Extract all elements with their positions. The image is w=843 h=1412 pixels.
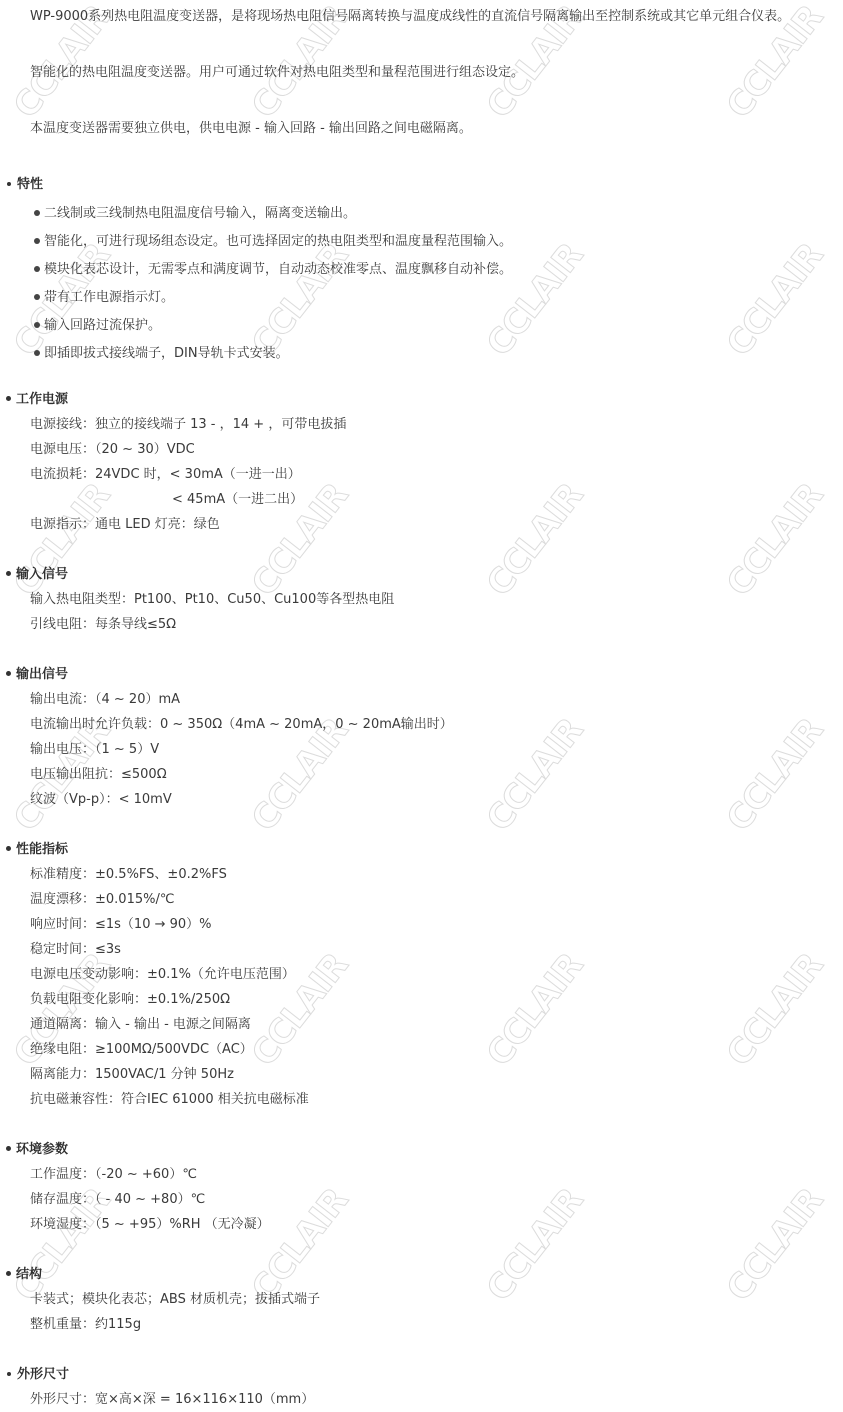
- bullet-icon: [34, 210, 40, 216]
- watermark-text: CCLAIR: [713, 1174, 837, 1317]
- section-title-text: 结构: [16, 1267, 42, 1282]
- spec-line: 电流损耗：24VDC 时，< 30mA（一进一出）: [30, 466, 301, 484]
- watermark-text: CCLAIR: [713, 469, 837, 612]
- spec-line: 储存温度：（ - 40 ~ +80）℃: [30, 1191, 205, 1209]
- spec-line: 稳定时间：≤3s: [30, 941, 121, 959]
- watermark-text: CCLAIR: [238, 469, 362, 612]
- section-title-text: 性能指标: [16, 842, 68, 857]
- spec-line: 纹波（Vp-p）：< 10mV: [30, 791, 172, 809]
- intro-paragraph-1: WP-9000系列热电阻温度变送器，是将现场热电阻信号隔离转换与温度成线性的直流…: [30, 8, 790, 26]
- section-title-performance: 性能指标: [6, 841, 68, 859]
- bullet-icon: [6, 571, 11, 576]
- feature-text: 即插即拔式接线端子，DIN导轨卡式安装。: [44, 346, 289, 361]
- bullet-icon: [6, 846, 11, 851]
- bullet-icon: [34, 238, 40, 244]
- feature-text: 输入回路过流保护。: [44, 318, 161, 333]
- watermark-text: CCLAIR: [713, 704, 837, 847]
- bullet-icon: [6, 1146, 11, 1151]
- watermark-text: CCLAIR: [0, 939, 124, 1082]
- bullet-icon: [7, 1372, 11, 1376]
- feature-item: 二线制或三线制热电阻温度信号输入，隔离变送输出。: [34, 205, 356, 223]
- watermark-text: CCLAIR: [238, 939, 362, 1082]
- spec-line: 电源电压：（20 ~ 30）VDC: [30, 441, 195, 459]
- spec-line: 电源指示：通电 LED 灯亮：绿色: [30, 516, 220, 534]
- spec-line: 温度漂移：±0.015%/℃: [30, 891, 174, 909]
- spec-line: 环境湿度：（5 ~ +95）%RH （无冷凝）: [30, 1216, 270, 1234]
- bullet-icon: [6, 671, 11, 676]
- spec-line: 标准精度：±0.5%FS、±0.2%FS: [30, 866, 227, 884]
- feature-item: 模块化表芯设计，无需零点和满度调节，自动动态校准零点、温度飘移自动补偿。: [34, 261, 512, 279]
- spec-line: 整机重量：约115g: [30, 1316, 141, 1334]
- spec-line: 输入热电阻类型：Pt100、Pt10、Cu50、Cu100等各型热电阻: [30, 591, 394, 609]
- spec-line: 输出电压：（1 ~ 5）V: [30, 741, 159, 759]
- watermark-text: CCLAIR: [0, 469, 124, 612]
- watermark-text: CCLAIR: [473, 704, 597, 847]
- spec-line: 绝缘电阻：≥100MΩ/500VDC（AC）: [30, 1041, 253, 1059]
- feature-text: 智能化，可进行现场组态设定。也可选择固定的热电阻类型和温度量程范围输入。: [44, 234, 512, 249]
- bullet-icon: [6, 1271, 11, 1276]
- section-title-environment: 环境参数: [6, 1141, 68, 1159]
- section-title-dimensions: 外形尺寸: [6, 1366, 69, 1384]
- spec-line: 电源接线：独立的接线端子 13 - ，14 + ，可带电拔插: [30, 416, 346, 434]
- section-title-power: 工作电源: [6, 391, 68, 409]
- intro-paragraph-2: 智能化的热电阻温度变送器。用户可通过软件对热电阻类型和量程范围进行组态设定。: [30, 64, 524, 82]
- feature-item: 即插即拔式接线端子，DIN导轨卡式安装。: [34, 345, 289, 363]
- feature-item: 智能化，可进行现场组态设定。也可选择固定的热电阻类型和温度量程范围输入。: [34, 233, 512, 251]
- spec-line: 外形尺寸：宽×高×深 = 16×116×110（mm）: [30, 1391, 314, 1409]
- bullet-icon: [7, 182, 11, 186]
- feature-text: 二线制或三线制热电阻温度信号输入，隔离变送输出。: [44, 206, 356, 221]
- spec-line: 工作温度：（-20 ~ +60）℃: [30, 1166, 197, 1184]
- spec-line: 通道隔离：输入 - 输出 - 电源之间隔离: [30, 1016, 251, 1034]
- feature-text: 带有工作电源指示灯。: [44, 290, 174, 305]
- watermark-text: CCLAIR: [713, 939, 837, 1082]
- spec-line-continuation: < 45mA（一进二出）: [172, 491, 303, 509]
- section-title-text: 外形尺寸: [17, 1367, 69, 1382]
- bullet-icon: [6, 396, 11, 401]
- section-title-text: 工作电源: [16, 392, 68, 407]
- section-title-features: 特性: [6, 176, 43, 194]
- section-title-input: 输入信号: [6, 566, 68, 584]
- spec-line: 电源电压变动影响：±0.1%（允许电压范围）: [30, 966, 295, 984]
- feature-item: 输入回路过流保护。: [34, 317, 161, 335]
- section-title-text: 输出信号: [16, 667, 68, 682]
- watermark-text: CCLAIR: [473, 1174, 597, 1317]
- feature-text: 模块化表芯设计，无需零点和满度调节，自动动态校准零点、温度飘移自动补偿。: [44, 262, 512, 277]
- section-title-structure: 结构: [6, 1266, 42, 1284]
- watermark-text: CCLAIR: [473, 469, 597, 612]
- spec-line: 负载电阻变化影响：±0.1%/250Ω: [30, 991, 230, 1009]
- section-title-text: 输入信号: [16, 567, 68, 582]
- bullet-icon: [34, 294, 40, 300]
- spec-line: 电流输出时允许负载：0 ~ 350Ω（4mA ~ 20mA，0 ~ 20mA输出…: [30, 716, 453, 734]
- section-title-text: 特性: [17, 177, 43, 192]
- spec-line: 输出电流：（4 ~ 20）mA: [30, 691, 180, 709]
- spec-line: 引线电阻：每条导线≤5Ω: [30, 616, 176, 634]
- spec-line: 电压输出阻抗：≤500Ω: [30, 766, 167, 784]
- spec-line: 卡装式；模块化表芯；ABS 材质机壳；拔插式端子: [30, 1291, 320, 1309]
- feature-item: 带有工作电源指示灯。: [34, 289, 174, 307]
- bullet-icon: [34, 266, 40, 272]
- watermark-text: CCLAIR: [713, 229, 837, 372]
- spec-line: 抗电磁兼容性：符合IEC 61000 相关抗电磁标准: [30, 1091, 309, 1109]
- intro-paragraph-3: 本温度变送器需要独立供电，供电电源 - 输入回路 - 输出回路之间电磁隔离。: [30, 120, 472, 138]
- section-title-output: 输出信号: [6, 666, 68, 684]
- bullet-icon: [34, 350, 40, 356]
- spec-line: 隔离能力：1500VAC/1 分钟 50Hz: [30, 1066, 234, 1084]
- section-title-text: 环境参数: [16, 1142, 68, 1157]
- bullet-icon: [34, 322, 40, 328]
- spec-line: 响应时间：≤1s（10 → 90）%: [30, 916, 212, 934]
- watermark-text: CCLAIR: [473, 939, 597, 1082]
